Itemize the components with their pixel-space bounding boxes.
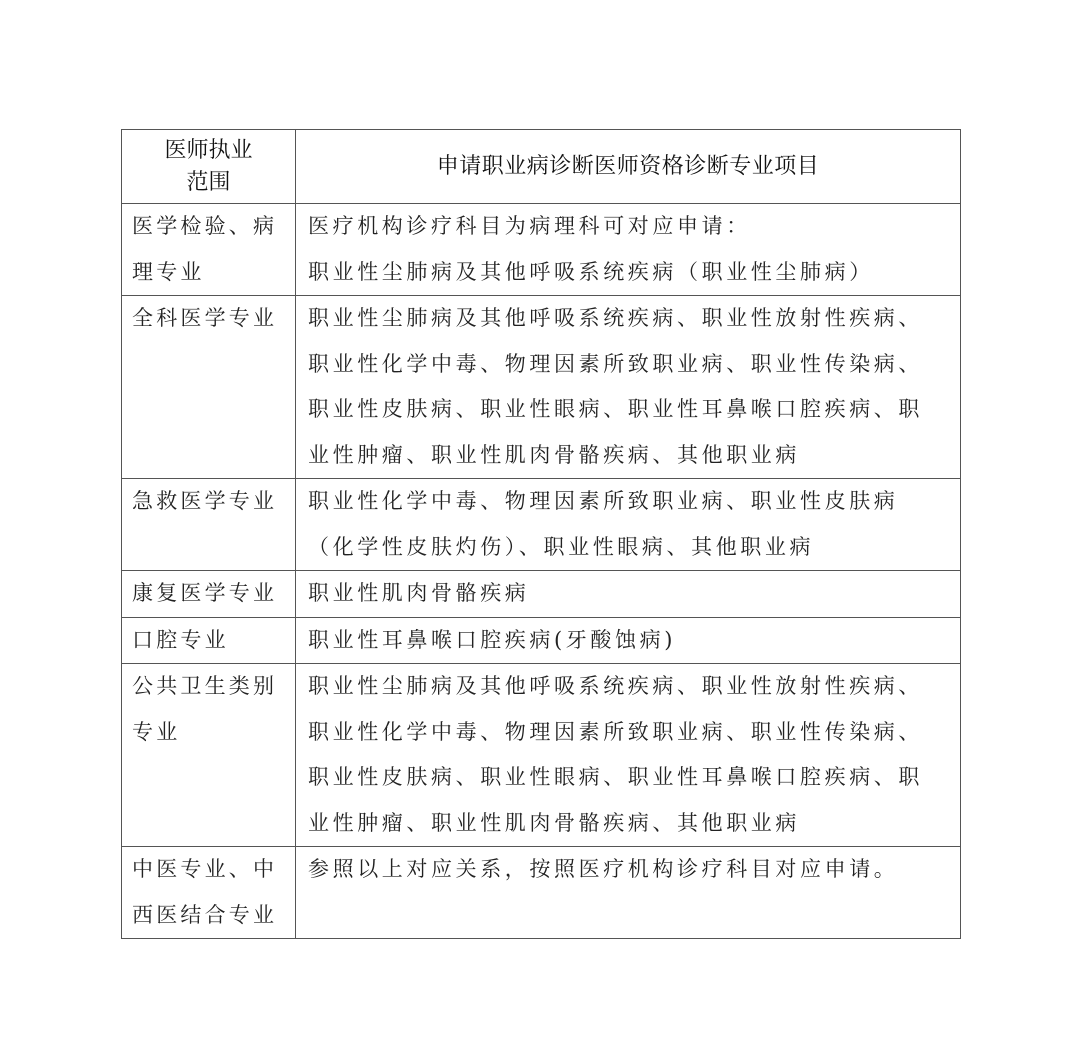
table-row: 医学检验、病理专业医疗机构诊疗科目为病理科可对应申请：职业性尘肺病及其他呼吸系统… (122, 204, 961, 296)
diagnosis-items-text: 参照以上对应关系，按照医疗机构诊疗科目对应申请。 (296, 847, 960, 893)
diagnosis-items-line: 职业性肌肉骨骼疾病 (308, 571, 956, 617)
diagnosis-items-cell: 职业性耳鼻喉口腔疾病(牙酸蚀病) (296, 617, 961, 664)
practice-scope-line: 急救医学专业 (132, 479, 291, 525)
table-header-row: 医师执业 范围 申请职业病诊断医师资格诊断专业项目 (122, 130, 961, 204)
diagnosis-items-cell: 职业性尘肺病及其他呼吸系统疾病、职业性放射性疾病、职业性化学中毒、物理因素所致职… (296, 664, 961, 847)
diagnosis-items-line: 医疗机构诊疗科目为病理科可对应申请： (308, 204, 956, 250)
diagnosis-items-line: 职业性尘肺病及其他呼吸系统疾病、职业性放射性疾病、 (308, 664, 956, 710)
practice-scope-line: 全科医学专业 (132, 296, 291, 342)
practice-scope-line: 西医结合专业 (132, 893, 291, 939)
practice-scope-text: 急救医学专业 (122, 479, 295, 525)
diagnosis-items-line: 职业性耳鼻喉口腔疾病(牙酸蚀病) (308, 618, 956, 664)
diagnosis-items-cell: 职业性化学中毒、物理因素所致职业病、职业性皮肤病（化学性皮肤灼伤）、职业性眼病、… (296, 479, 961, 571)
diagnosis-items-text: 职业性耳鼻喉口腔疾病(牙酸蚀病) (296, 618, 960, 664)
practice-scope-text: 全科医学专业 (122, 296, 295, 342)
practice-scope-line: 康复医学专业 (132, 571, 291, 617)
practice-scope-cell: 全科医学专业 (122, 296, 296, 479)
diagnosis-items-line: 职业性皮肤病、职业性眼病、职业性耳鼻喉口腔疾病、职 (308, 387, 956, 433)
practice-scope-cell: 口腔专业 (122, 617, 296, 664)
table-row: 急救医学专业职业性化学中毒、物理因素所致职业病、职业性皮肤病（化学性皮肤灼伤）、… (122, 479, 961, 571)
diagnosis-items-line: 业性肿瘤、职业性肌肉骨骼疾病、其他职业病 (308, 433, 956, 479)
practice-scope-cell: 急救医学专业 (122, 479, 296, 571)
diagnosis-items-line: （化学性皮肤灼伤）、职业性眼病、其他职业病 (308, 525, 956, 571)
diagnosis-items-line: 职业性皮肤病、职业性眼病、职业性耳鼻喉口腔疾病、职 (308, 755, 956, 801)
diagnosis-items-text: 职业性化学中毒、物理因素所致职业病、职业性皮肤病（化学性皮肤灼伤）、职业性眼病、… (296, 479, 960, 570)
diagnosis-items-cell: 医疗机构诊疗科目为病理科可对应申请：职业性尘肺病及其他呼吸系统疾病（职业性尘肺病… (296, 204, 961, 296)
diagnosis-items-text: 职业性肌肉骨骼疾病 (296, 571, 960, 617)
diagnosis-items-text: 医疗机构诊疗科目为病理科可对应申请：职业性尘肺病及其他呼吸系统疾病（职业性尘肺病… (296, 204, 960, 295)
diagnosis-items-cell: 参照以上对应关系，按照医疗机构诊疗科目对应申请。 (296, 847, 961, 939)
practice-scope-text: 口腔专业 (122, 618, 295, 664)
practice-scope-text: 康复医学专业 (122, 571, 295, 617)
table-body: 医学检验、病理专业医疗机构诊疗科目为病理科可对应申请：职业性尘肺病及其他呼吸系统… (122, 204, 961, 939)
practice-scope-text: 医学检验、病理专业 (122, 204, 295, 295)
table-row: 口腔专业职业性耳鼻喉口腔疾病(牙酸蚀病) (122, 617, 961, 664)
occupational-disease-physician-table: 医师执业 范围 申请职业病诊断医师资格诊断专业项目 医学检验、病理专业医疗机构诊… (121, 129, 961, 939)
diagnosis-items-line: 参照以上对应关系，按照医疗机构诊疗科目对应申请。 (308, 847, 956, 893)
table-row: 康复医学专业职业性肌肉骨骼疾病 (122, 571, 961, 618)
practice-scope-text: 中医专业、中西医结合专业 (122, 847, 295, 938)
practice-scope-line: 公共卫生类别 (132, 664, 291, 710)
diagnosis-items-line: 职业性化学中毒、物理因素所致职业病、职业性皮肤病 (308, 479, 956, 525)
diagnosis-items-cell: 职业性肌肉骨骼疾病 (296, 571, 961, 618)
practice-scope-line: 理专业 (132, 250, 291, 296)
practice-scope-line: 专业 (132, 710, 291, 756)
table-row: 全科医学专业职业性尘肺病及其他呼吸系统疾病、职业性放射性疾病、职业性化学中毒、物… (122, 296, 961, 479)
practice-scope-cell: 医学检验、病理专业 (122, 204, 296, 296)
practice-scope-cell: 中医专业、中西医结合专业 (122, 847, 296, 939)
practice-scope-line: 医学检验、病 (132, 204, 291, 250)
practice-scope-line: 中医专业、中 (132, 847, 291, 893)
practice-scope-cell: 康复医学专业 (122, 571, 296, 618)
practice-scope-text: 公共卫生类别专业 (122, 664, 295, 755)
diagnosis-items-line: 职业性化学中毒、物理因素所致职业病、职业性传染病、 (308, 710, 956, 756)
diagnosis-items-text: 职业性尘肺病及其他呼吸系统疾病、职业性放射性疾病、职业性化学中毒、物理因素所致职… (296, 664, 960, 846)
header-practice-scope: 医师执业 范围 (122, 130, 296, 204)
diagnosis-items-text: 职业性尘肺病及其他呼吸系统疾病、职业性放射性疾病、职业性化学中毒、物理因素所致职… (296, 296, 960, 478)
diagnosis-items-line: 职业性尘肺病及其他呼吸系统疾病、职业性放射性疾病、 (308, 296, 956, 342)
table-row: 公共卫生类别专业职业性尘肺病及其他呼吸系统疾病、职业性放射性疾病、职业性化学中毒… (122, 664, 961, 847)
header-diagnosis-items: 申请职业病诊断医师资格诊断专业项目 (296, 130, 961, 204)
table-row: 中医专业、中西医结合专业参照以上对应关系，按照医疗机构诊疗科目对应申请。 (122, 847, 961, 939)
practice-scope-line: 口腔专业 (132, 618, 291, 664)
diagnosis-items-line: 职业性化学中毒、物理因素所致职业病、职业性传染病、 (308, 342, 956, 388)
diagnosis-items-line: 业性肿瘤、职业性肌肉骨骼疾病、其他职业病 (308, 801, 956, 847)
diagnosis-items-line: 职业性尘肺病及其他呼吸系统疾病（职业性尘肺病） (308, 250, 956, 296)
practice-scope-cell: 公共卫生类别专业 (122, 664, 296, 847)
header-scope-line: 范围 (122, 167, 295, 199)
diagnosis-items-cell: 职业性尘肺病及其他呼吸系统疾病、职业性放射性疾病、职业性化学中毒、物理因素所致职… (296, 296, 961, 479)
header-scope-line: 医师执业 (122, 135, 295, 167)
